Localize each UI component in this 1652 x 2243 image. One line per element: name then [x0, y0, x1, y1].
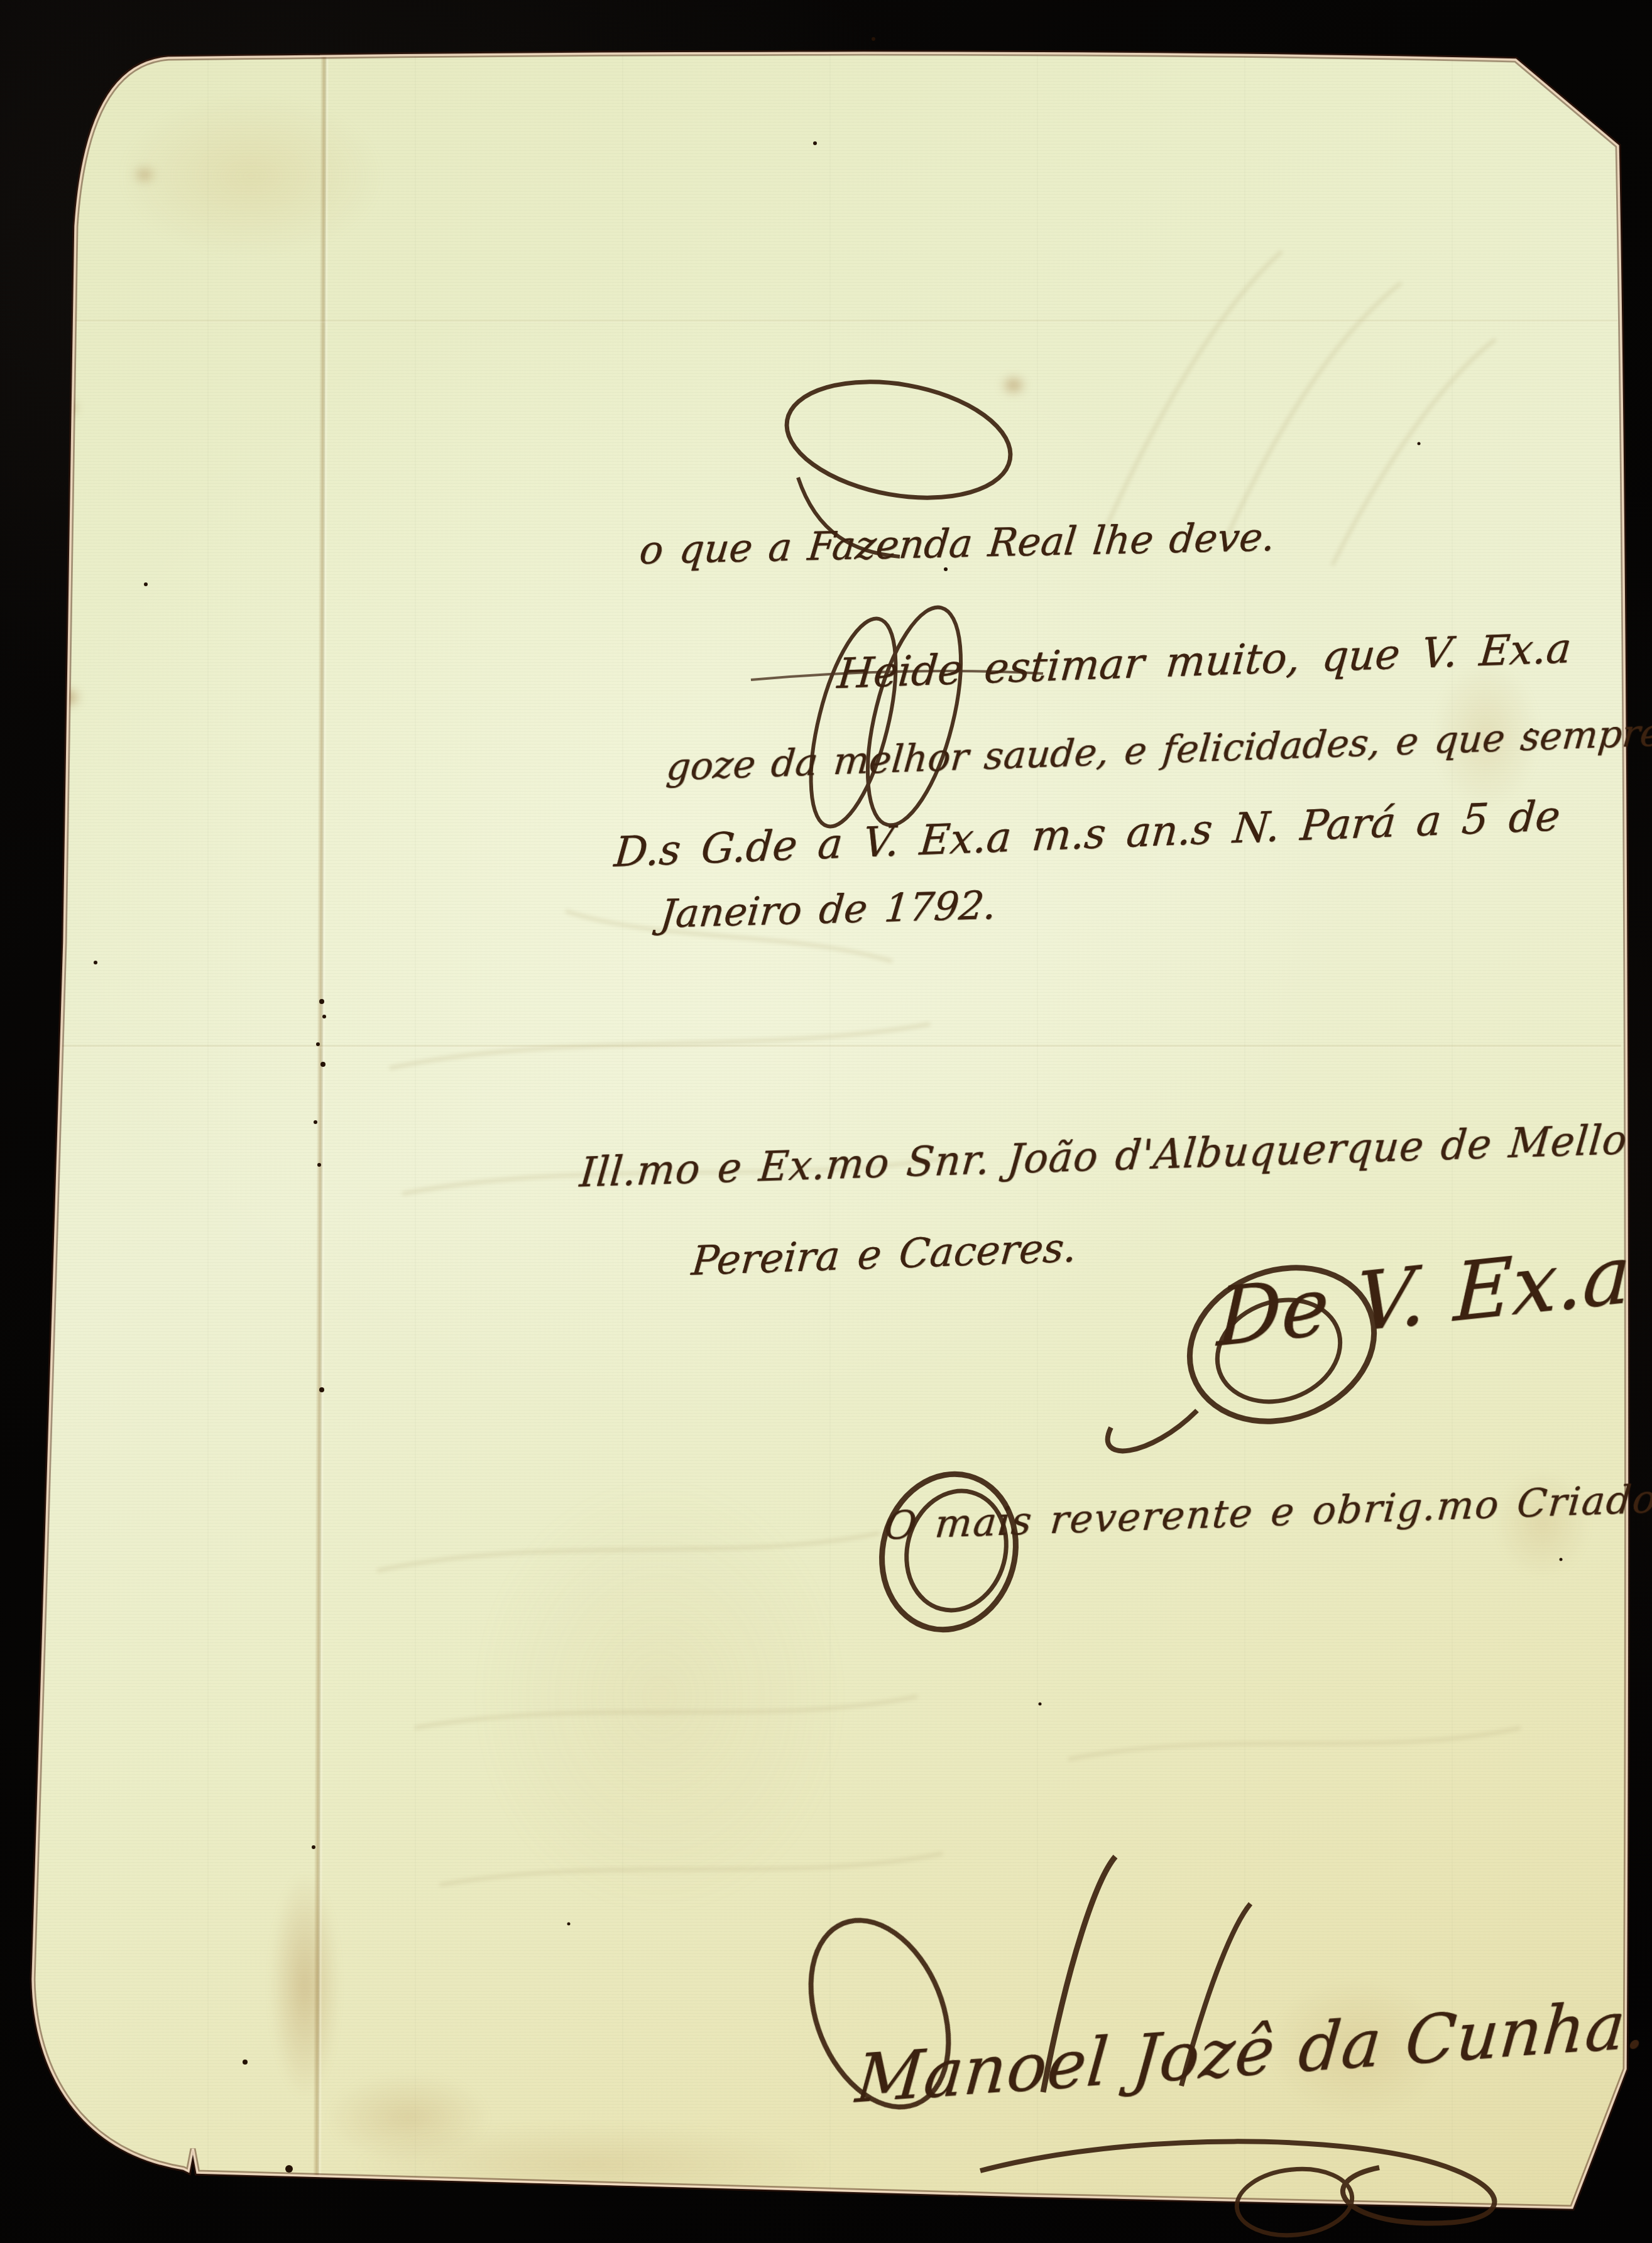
ink-and-edge-overlay [0, 0, 1652, 2243]
o-mais-o-flourish [865, 1459, 1033, 1645]
body-line-4: Janeiro de 1792. [659, 886, 998, 934]
initial-h-flourish [751, 598, 1043, 834]
ink-specks [94, 37, 1563, 2173]
photo-backdrop: o que a Fazenda Real lhe deve. Heide est… [0, 0, 1652, 2243]
